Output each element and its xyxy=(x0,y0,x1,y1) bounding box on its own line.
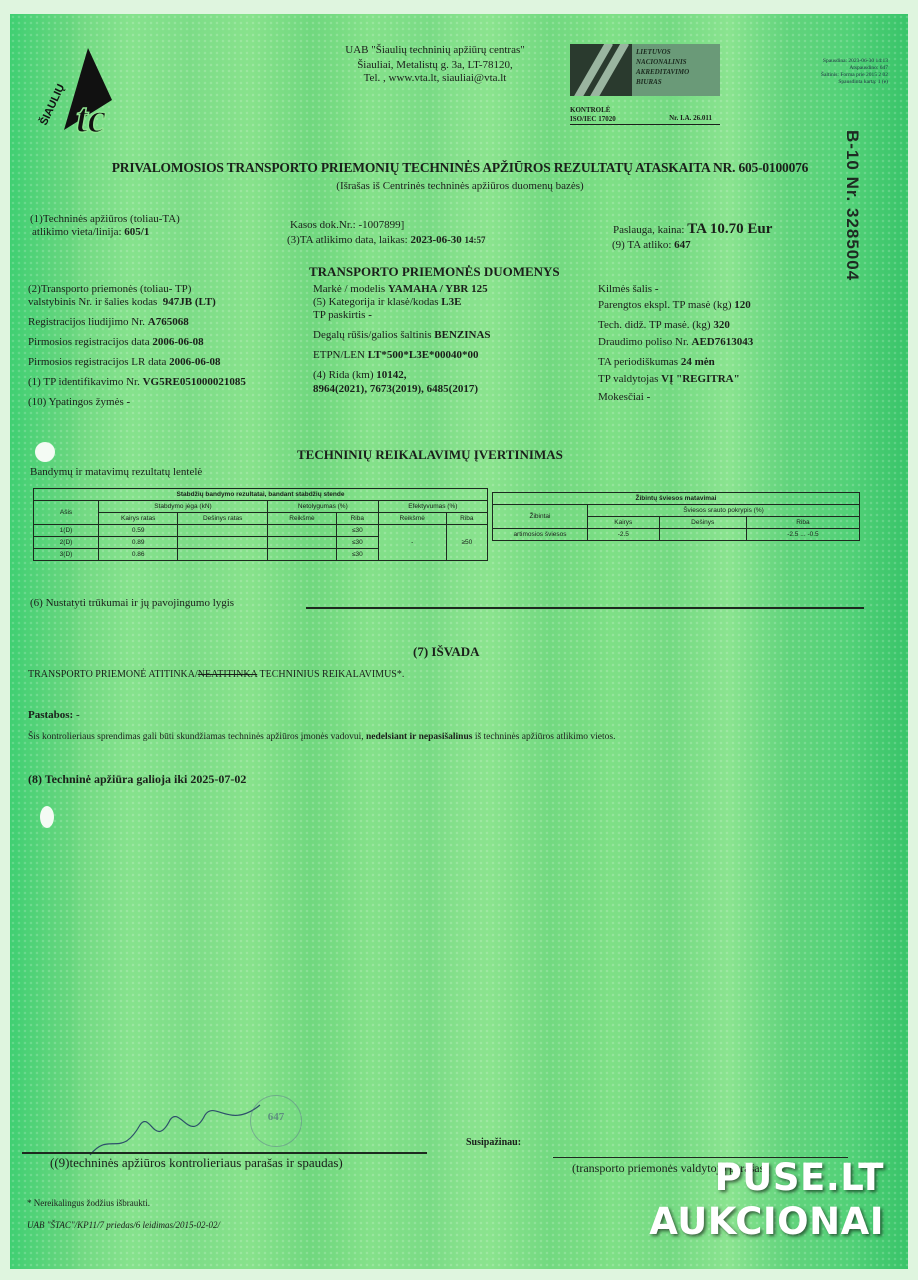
company-address: Šiauliai, Metalistų g. 3a, LT-78120, xyxy=(300,59,570,72)
company-contacts: Tel. , www.vta.lt, siauliai@vta.lt xyxy=(300,72,570,85)
defects-line xyxy=(306,607,864,609)
inspection-place-label: (1)Techninės apžiūros (toliau-TA) xyxy=(30,212,180,226)
notes-label: Pastabos: - xyxy=(28,708,80,722)
inspection-place: atlikimo vieta/linija: 605/1 xyxy=(32,225,149,239)
punch-hole xyxy=(40,806,54,828)
inspection-report-sheet xyxy=(10,14,908,1269)
report-subtitle: (Išrašas iš Centrinės techninės apžiūros… xyxy=(30,180,890,192)
inspector-caption: ((9)techninės apžiūros kontrolieriaus pa… xyxy=(50,1156,343,1170)
conclusion-text: TRANSPORTO PRIEMONĖ ATITINKA/NEATITINKA … xyxy=(28,668,404,682)
validity-date: (8) Techninė apžiūra galioja iki 2025-07… xyxy=(28,772,246,786)
performed-by: (9) TA atliko: 647 xyxy=(612,238,691,252)
inspection-date: (3)TA atlikimo data, laikas: 2023-06-30 … xyxy=(287,233,486,247)
company-name: UAB "Šiaulių techninių apžiūrų centras" xyxy=(300,44,570,57)
notes-text: Šis kontrolieriaus sprendimas gali būti … xyxy=(28,730,615,744)
table-row: 1(D) 0.59 ≤30 - ≥50 xyxy=(34,525,488,537)
vehicle-data-left: (2)Transporto priemonės (toliau- TP) val… xyxy=(28,282,246,415)
vehicle-data-right: Kilmės šalis - Parengtos ekspl. TP masė … xyxy=(598,282,753,404)
inspector-signature xyxy=(80,1100,280,1160)
acknowledgement-label: Susipažinau: xyxy=(466,1136,521,1150)
inspector-signature-line xyxy=(22,1152,427,1154)
form-code: UAB "ŠTAC"/KP11/7 priedas/6 leidimas/201… xyxy=(27,1218,220,1232)
punch-hole xyxy=(35,442,55,462)
footnote: * Nereikalingus žodžius išbraukti. xyxy=(27,1196,150,1210)
svg-text:ŠIAULIŲ: ŠIAULIŲ xyxy=(37,82,67,127)
vehicle-section-title: TRANSPORTO PRIEMONĖS DUOMENYS xyxy=(309,264,560,280)
report-title: PRIVALOMOSIOS TRANSPORTO PRIEMONIŲ TECHN… xyxy=(30,160,890,176)
requirements-title: TECHNINIŲ REIKALAVIMŲ ĮVERTINIMAS xyxy=(297,447,563,463)
results-table-title: Bandymų ir matavimų rezultatų lentelė xyxy=(30,465,202,479)
headlight-test-table: Žibintų šviesos matavimai Žibintai Švies… xyxy=(492,492,860,541)
service-price: Paslauga, kaina: TA 10.70 Eur xyxy=(613,222,772,237)
svg-text:tc: tc xyxy=(76,96,107,140)
watermark: PUSE.LT AUKCIONAI xyxy=(649,1156,884,1244)
accreditation-logo-icon xyxy=(570,44,632,96)
form-serial-number: B-10 Nr. 3285004 xyxy=(842,130,862,281)
accreditation-block: LIETUVOS NACIONALINIS AKREDITAVIMO BIURA… xyxy=(570,44,770,125)
table-row: artimosios šviesos -2.5 -2.5 ... -0.5 xyxy=(493,529,860,541)
accreditation-footer: KONTROLĖ ISO/IEC 17020 Nr. I.A. 26.011 xyxy=(570,106,720,125)
company-header: UAB "Šiaulių techninių apžiūrų centras" … xyxy=(300,44,570,85)
company-logo: ŠIAULIŲ tc xyxy=(20,40,140,140)
accreditation-body: LIETUVOS NACIONALINIS AKREDITAVIMO BIURA… xyxy=(632,44,720,96)
brake-test-table: Stabdžių bandymo rezultatai, bandant sta… xyxy=(33,488,488,561)
print-meta: Spausdina: 2023-06-30 14:13 Atspausdino:… xyxy=(821,58,888,86)
cash-document: Kasos dok.Nr.: -1007899] xyxy=(290,218,404,232)
vehicle-data-middle: Markė / modelis YAMAHA / YBR 125 (5) Kat… xyxy=(313,282,491,396)
conclusion-title: (7) IŠVADA xyxy=(413,644,480,660)
inspector-stamp: 647 xyxy=(250,1095,302,1147)
defects-label: (6) Nustatyti trūkumai ir jų pavojingumo… xyxy=(30,596,234,610)
